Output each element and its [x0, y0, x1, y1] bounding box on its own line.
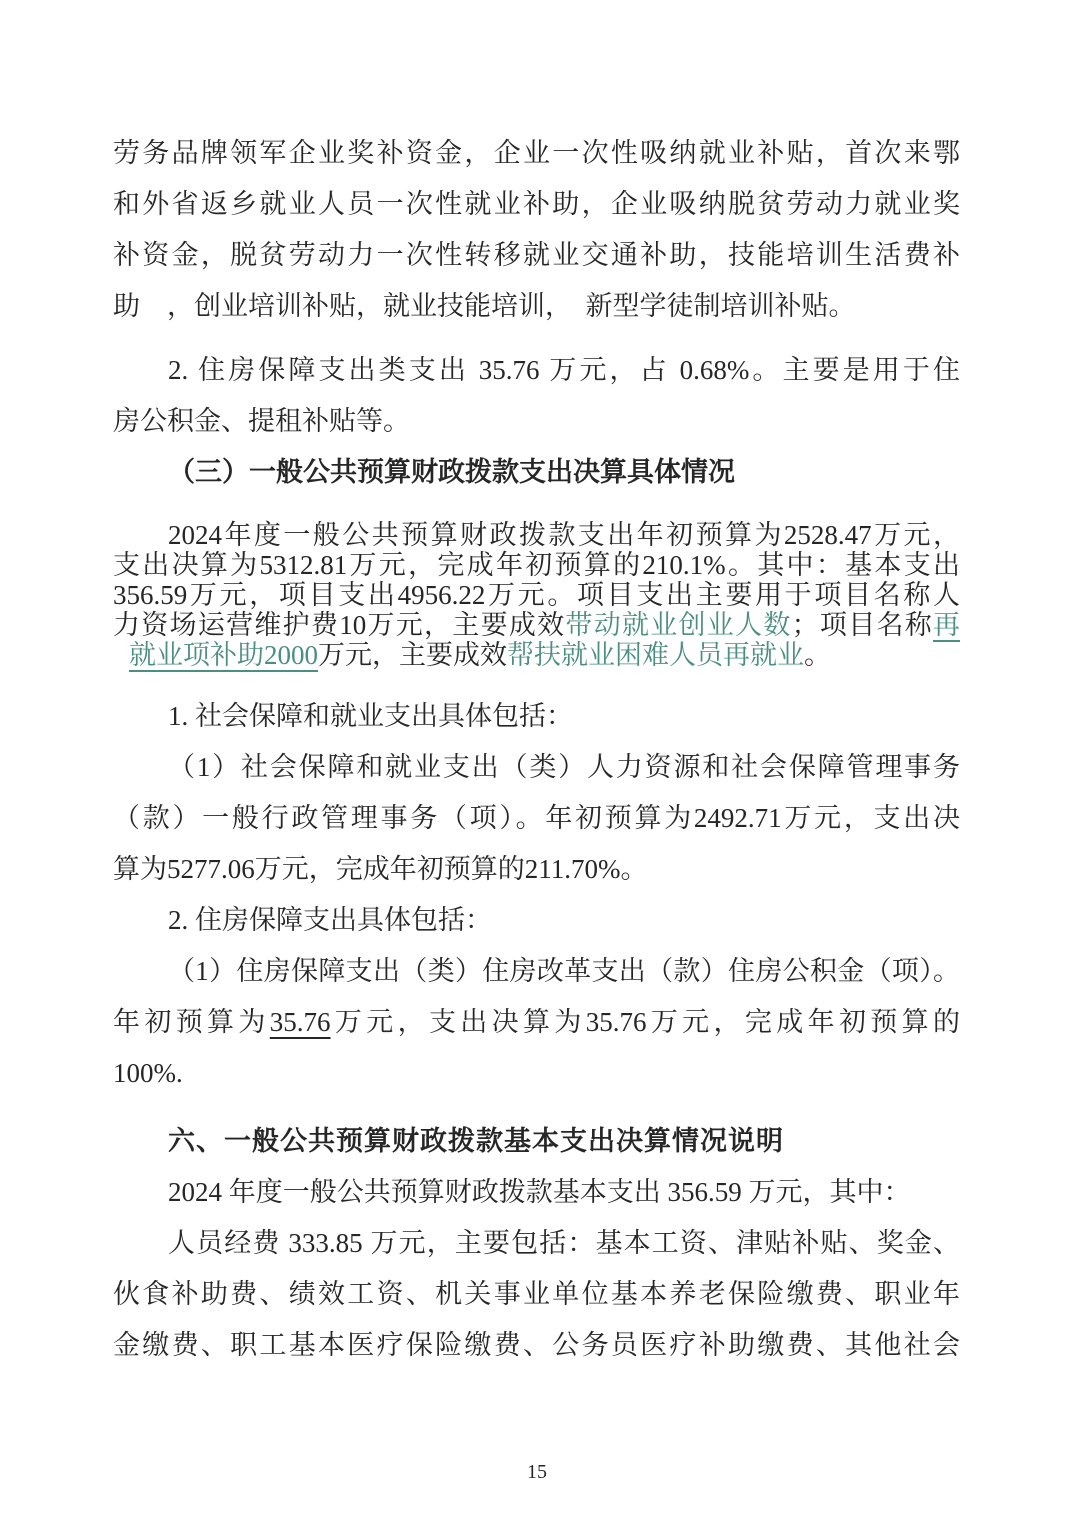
text-segment: 万元，支出决算为35.76万元，完成年初预算的 [331, 1007, 960, 1037]
text-segment: （款）一般行政管理事务（项）。年初预算为2492.71万元，支出决 [113, 803, 960, 833]
text-segment: 就业项补助2000 [129, 640, 318, 670]
heading-section-three: （三）一般公共预算财政拨款支出决算具体情况 [113, 447, 960, 498]
text-line: 2. 住房保障支出具体包括： [113, 895, 960, 946]
text-segment: 2. 住房保障支出具体包括： [168, 905, 492, 935]
text-segment: 金缴费、职工基本医疗保险缴费、公务员医疗补助缴费、其他社会 [113, 1330, 960, 1360]
text-segment: 力资场运营维护费10万元，主要成效 [113, 610, 565, 640]
text-segment: 算为5277.06万元，完成年初预算的211.70%。 [113, 854, 648, 884]
text-segment: 年初预算为 [113, 1007, 270, 1037]
heading-section-six: 六、一般公共预算财政拨款基本支出决算情况说明 [113, 1116, 960, 1167]
text-segment: 2. 住房保障支出类支出 35.76 万元，占 0.68%。主要是用于住 [168, 355, 960, 385]
text-segment: 35.76 [270, 1007, 331, 1037]
text-segment: 带动就业创业人数 [565, 610, 791, 640]
para-social-security-item1: （1）社会保障和就业支出（类）人力资源和社会保障管理事务（款）一般行政管理事务（… [113, 742, 960, 895]
page-number: 15 [0, 1462, 1074, 1482]
para-housing-includes: 2. 住房保障支出具体包括： [113, 895, 960, 946]
text-line: 356.59万元，项目支出4956.22万元。项目支出主要用于项目名称人 [113, 580, 960, 610]
text-segment: 100%. [113, 1058, 183, 1088]
para-employment-subsidies: 劳务品牌领军企业奖补资金，企业一次性吸纳就业补贴，首次来鄂和外省返乡就业人员一次… [113, 128, 960, 332]
text-segment: 帮扶就业困难人员再就业 [507, 640, 804, 670]
para-expenditure-detail: 2024年度一般公共预算财政拨款支出年初预算为2528.47万元，支出决算为53… [113, 520, 960, 670]
text-segment: 支出决算为5312.81万元，完成年初预算的210.1%。其中：基本支出 [113, 550, 960, 580]
text-segment: （1）住房保障支出（类）住房改革支出（款）住房公积金（项）。 [168, 956, 960, 986]
text-line: 人员经费 333.85 万元，主要包括：基本工资、津贴补贴、奖金、 [113, 1218, 960, 1269]
text-segment: 房公积金、提租补贴等。 [113, 406, 410, 436]
text-segment: ；项目名称 [792, 610, 933, 640]
text-segment: 和外省返乡就业人员一次性就业补助，企业吸纳脱贫劳动力就业奖 [113, 189, 960, 219]
para-housing-item1: （1）住房保障支出（类）住房改革支出（款）住房公积金（项）。年初预算为35.76… [113, 946, 960, 1099]
text-line: （款）一般行政管理事务（项）。年初预算为2492.71万元，支出决 [113, 793, 960, 844]
text-line: 100%. [113, 1048, 960, 1099]
text-segment: 。 [804, 640, 831, 670]
para-social-security-includes: 1. 社会保障和就业支出具体包括： [113, 691, 960, 742]
text-line: 支出决算为5312.81万元，完成年初预算的210.1%。其中：基本支出 [113, 550, 960, 580]
text-segment: 2024年度一般公共预算财政拨款支出年初预算为2528.47万元， [168, 520, 960, 550]
text-segment: 劳务品牌领军企业奖补资金，企业一次性吸纳就业补贴，首次来鄂 [113, 138, 960, 168]
text-line: 2. 住房保障支出类支出 35.76 万元，占 0.68%。主要是用于住 [113, 345, 960, 396]
text-segment: 2024 年度一般公共预算财政拨款基本支出 356.59 万元，其中： [168, 1177, 911, 1207]
text-line: 年初预算为35.76万元，支出决算为35.76万元，完成年初预算的 [113, 997, 960, 1048]
para-personnel-expense: 人员经费 333.85 万元，主要包括：基本工资、津贴补贴、奖金、伙食补助费、绩… [113, 1218, 960, 1371]
text-line: 金缴费、职工基本医疗保险缴费、公务员医疗补助缴费、其他社会 [113, 1320, 960, 1371]
text-segment: 伙食补助费、绩效工资、机关事业单位基本养老保险缴费、职业年 [113, 1279, 960, 1309]
text-segment: （三）一般公共预算财政拨款支出决算具体情况 [168, 457, 735, 487]
text-segment: 356.59万元，项目支出4956.22万元。项目支出主要用于项目名称人 [113, 580, 960, 610]
text-segment: 助 ，创业培训补贴，就业技能培训， 新型学徒制培训补贴。 [113, 291, 856, 321]
text-segment: 再 [933, 610, 960, 640]
text-line: （1）社会保障和就业支出（类）人力资源和社会保障管理事务 [113, 742, 960, 793]
text-segment: 六、一般公共预算财政拨款基本支出决算情况说明 [168, 1126, 784, 1156]
text-line: 助 ，创业培训补贴，就业技能培训， 新型学徒制培训补贴。 [113, 281, 960, 332]
text-line: 劳务品牌领军企业奖补资金，企业一次性吸纳就业补贴，首次来鄂 [113, 128, 960, 179]
text-line: 六、一般公共预算财政拨款基本支出决算情况说明 [113, 1116, 960, 1167]
text-segment: （1）社会保障和就业支出（类）人力资源和社会保障管理事务 [168, 752, 960, 782]
text-line: 2024年度一般公共预算财政拨款支出年初预算为2528.47万元， [113, 520, 960, 550]
text-line: 伙食补助费、绩效工资、机关事业单位基本养老保险缴费、职业年 [113, 1269, 960, 1320]
text-line: 力资场运营维护费10万元，主要成效带动就业创业人数；项目名称再 [113, 610, 960, 640]
text-segment: 万元，主要成效 [318, 640, 507, 670]
text-segment: 补资金，脱贫劳动力一次性转移就业交通补助，技能培训生活费补 [113, 240, 960, 270]
document-page: 劳务品牌领军企业奖补资金，企业一次性吸纳就业补贴，首次来鄂和外省返乡就业人员一次… [0, 0, 1074, 1520]
text-line: （1）住房保障支出（类）住房改革支出（款）住房公积金（项）。 [113, 946, 960, 997]
text-line: 算为5277.06万元，完成年初预算的211.70%。 [113, 844, 960, 895]
text-line: 和外省返乡就业人员一次性就业补助，企业吸纳脱贫劳动力就业奖 [113, 179, 960, 230]
text-line: 就业项补助2000万元，主要成效帮扶就业困难人员再就业。 [113, 640, 960, 670]
text-line: 补资金，脱贫劳动力一次性转移就业交通补助，技能培训生活费补 [113, 230, 960, 281]
text-line: 1. 社会保障和就业支出具体包括： [113, 691, 960, 742]
text-line: （三）一般公共预算财政拨款支出决算具体情况 [113, 447, 960, 498]
text-line: 房公积金、提租补贴等。 [113, 396, 960, 447]
text-segment: 人员经费 333.85 万元，主要包括：基本工资、津贴补贴、奖金、 [168, 1228, 960, 1258]
text-segment: 1. 社会保障和就业支出具体包括： [168, 701, 573, 731]
para-housing-security-pct: 2. 住房保障支出类支出 35.76 万元，占 0.68%。主要是用于住房公积金… [113, 345, 960, 447]
text-line: 2024 年度一般公共预算财政拨款基本支出 356.59 万元，其中： [113, 1167, 960, 1218]
para-basic-expenditure: 2024 年度一般公共预算财政拨款基本支出 356.59 万元，其中： [113, 1167, 960, 1218]
document-body: 劳务品牌领军企业奖补资金，企业一次性吸纳就业补贴，首次来鄂和外省返乡就业人员一次… [0, 0, 1074, 1371]
